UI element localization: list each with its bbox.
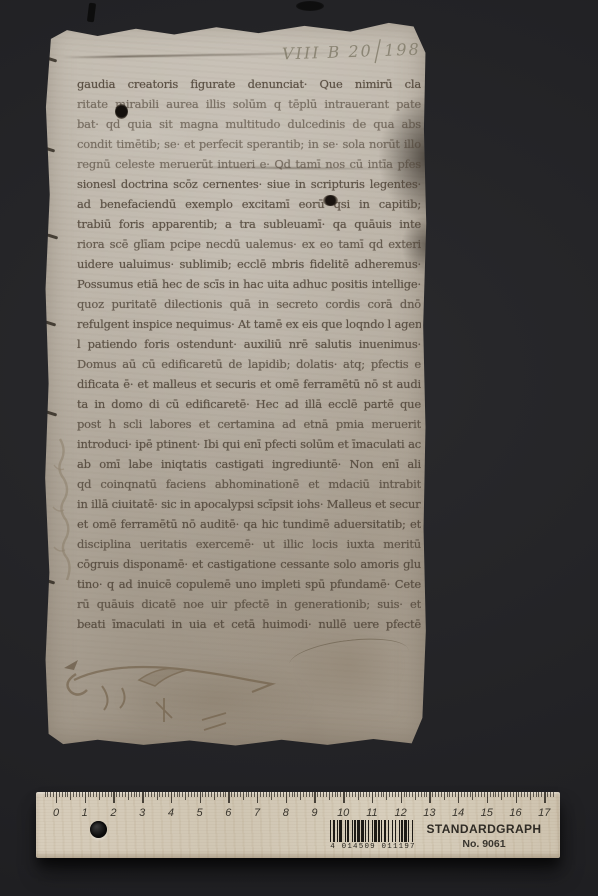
ruler-tick [151, 792, 152, 797]
ruler-tick [269, 792, 270, 797]
ruler-tick [90, 792, 91, 797]
ruler-tick [538, 792, 539, 797]
ruler-tick [220, 792, 221, 797]
ruler-tick [329, 792, 330, 800]
ruler-tick [306, 792, 307, 797]
ruler-tick [438, 792, 439, 797]
ruler-tick [231, 792, 232, 797]
manuscript-line: uidere ualuimus· sublimib; ecclē mbris f… [77, 254, 421, 274]
ruler-tick [467, 792, 468, 797]
ruler-number: 7 [254, 807, 260, 819]
ruler-tick [541, 792, 542, 797]
mount-smudge [296, 1, 324, 11]
ruler-tick [139, 792, 140, 797]
ruler-tick [510, 792, 511, 797]
manuscript-line: qd coinqnatū faciens abhominationē et md… [77, 474, 421, 494]
ruler-numbers: 01234567891011121314151617 [36, 807, 560, 821]
ruler-tick [317, 792, 318, 797]
ruler-tick [96, 792, 97, 797]
ruler-tick [289, 792, 290, 797]
ruler-tick [197, 792, 198, 797]
ruler-tick [340, 792, 341, 797]
ruler-tick [185, 792, 186, 800]
marginal-inscription [50, 435, 72, 585]
ruler-tick [53, 792, 54, 797]
ruler-tick [277, 792, 278, 797]
ruler-number: 11 [366, 807, 377, 819]
ruler-tick [475, 792, 476, 797]
ruler-tick [332, 792, 333, 797]
ruler-tick [521, 792, 522, 797]
ruler-tick [300, 792, 301, 800]
ruler-tick [513, 792, 514, 797]
ruler-tick [326, 792, 327, 797]
ruler-tick [472, 792, 473, 800]
ruler-tick [335, 792, 336, 797]
ruler-tick [266, 792, 267, 797]
ruler-tick [320, 792, 321, 797]
manuscript-line: tino· q ad inuicē copulemē uno impleti s… [77, 574, 421, 594]
manuscript-line: trabiū foris apparentib; a tra subleuamī… [77, 214, 421, 234]
ruler-tick [297, 792, 298, 797]
manuscript-line: ab omī labe iniqtatis castigati ingrediu… [77, 454, 421, 474]
ruler-number: 1 [82, 807, 88, 819]
ruler-tick [455, 792, 456, 797]
ruler-tick [372, 792, 373, 803]
ruler-ticks [36, 792, 560, 806]
ruler-tick [79, 792, 80, 797]
manuscript-line: et omē ferramētū nō auditē· qa hic tundi… [77, 514, 421, 534]
manuscript-line: Possumus etiā hec de scīs in hac uita ad… [77, 274, 421, 294]
ruler-tick [553, 792, 554, 797]
manuscript-line: dificata ē· et malleus et securis et omē… [77, 374, 421, 394]
ruler-tick [533, 792, 534, 797]
ruler-hole [90, 821, 107, 838]
ruler-tick [47, 792, 48, 797]
ruler-tick [360, 792, 361, 797]
ruler-tick [225, 792, 226, 797]
ruler-tick [260, 792, 261, 797]
barcode-digits: 4 014509 011197 [330, 843, 416, 851]
ruler-tick [421, 792, 422, 797]
ruler-tick [441, 792, 442, 797]
ruler-tick [530, 792, 531, 800]
ruler-tick [352, 792, 353, 797]
ruler-tick [174, 792, 175, 797]
ruler-tick [412, 792, 413, 797]
ruler-tick [527, 792, 528, 797]
ruler-tick [435, 792, 436, 797]
barcode-gap [413, 820, 414, 842]
shelfmark-slash: / [374, 32, 383, 70]
manuscript-line: ta in domo di cū edificaretē· Hec ad ill… [77, 394, 421, 414]
sewing-hole [45, 320, 56, 326]
ruler-tick [111, 792, 112, 797]
ruler-tick [292, 792, 293, 797]
ruler-tick [516, 792, 517, 803]
ruler-number: 16 [509, 807, 521, 819]
manuscript-line: gaudia creatoris figurate denunciat· Que… [77, 74, 421, 94]
ruler-tick [188, 792, 189, 797]
manuscript-line: sionesl doctrina scōz cernentes· siue in… [77, 174, 421, 194]
ruler-tick [498, 792, 499, 797]
ruler-tick [355, 792, 356, 797]
manuscript-line: riora scē glīam pcipe necdū ualemus· ex … [77, 234, 421, 254]
ruler-tick [381, 792, 382, 797]
ruler-tick [461, 792, 462, 797]
ruler-tick [495, 792, 496, 797]
ruler-tick [182, 792, 183, 797]
ruler-tick [142, 792, 143, 803]
manuscript-line: cōgruis disponamē· et castigatione cessa… [77, 554, 421, 574]
ruler-tick [62, 792, 63, 797]
ruler-tick [386, 792, 387, 800]
manuscript-line: ad benefaciendū exemplo excitamī eorū qs… [77, 194, 421, 214]
ruler-tick [251, 792, 252, 797]
ruler-tick [550, 792, 551, 797]
ruler-tick [487, 792, 488, 803]
manuscript-line: Domus aū cū edificaretū de lapidib; dola… [77, 354, 421, 374]
ruler-tick [254, 792, 255, 797]
ruler-number: 4 [168, 807, 174, 819]
ruler-tick [50, 792, 51, 797]
ruler-tick [490, 792, 491, 797]
ruler-tick [481, 792, 482, 797]
ruler-tick [504, 792, 505, 797]
ruler-tick [389, 792, 390, 797]
ruler-tick [383, 792, 384, 797]
ruler-tick [208, 792, 209, 797]
ruler-tick [88, 792, 89, 797]
ruler-tick [131, 792, 132, 797]
ruler-tick [398, 792, 399, 797]
ruler-tick [45, 792, 46, 797]
ruler-tick [283, 792, 284, 797]
ruler-tick [358, 792, 359, 800]
ruler-tick [349, 792, 350, 797]
ruler-tick [67, 792, 68, 797]
manuscript-line: regnū celeste meruerūt intueri e· Qd tam… [77, 154, 421, 174]
ruler-tick [464, 792, 465, 797]
ruler-number: 9 [311, 807, 317, 819]
ruler-tick [116, 792, 117, 797]
barcode-bars [330, 820, 416, 842]
ruler-tick [56, 792, 57, 803]
ruler-tick [447, 792, 448, 797]
ruler-tick [165, 792, 166, 797]
ruler-tick [426, 792, 427, 797]
ruler-number: 15 [481, 807, 493, 819]
ruler-tick [424, 792, 425, 797]
ruler-tick [415, 792, 416, 800]
sewing-hole [44, 146, 55, 152]
ruler-tick [406, 792, 407, 797]
ruler: 01234567891011121314151617 4 014509 0111… [36, 792, 560, 858]
ruler-tick [211, 792, 212, 797]
ruler-brand-block: STANDARDGRAPH No. 9061 [422, 822, 546, 850]
ruler-tick [177, 792, 178, 797]
manuscript-line: ritate mirabili aurea illis solūm q tēpl… [77, 94, 421, 114]
ruler-tick [168, 792, 169, 797]
ruler-tick [234, 792, 235, 797]
ruler-tick [395, 792, 396, 797]
ruler-tick [76, 792, 77, 797]
manuscript-photograph: VIII B 20/198 gaudia creatoris figurate … [0, 0, 598, 896]
ruler-tick [105, 792, 106, 797]
ruler-tick [507, 792, 508, 797]
manuscript-line: introduci· ipē ptinent· Ibi qui enī pfec… [77, 434, 421, 454]
manuscript-line: l patiendo foris ostendunt· auxiliū nrē … [77, 334, 421, 354]
ruler-tick [478, 792, 479, 797]
ruler-tick [547, 792, 548, 797]
ruler-tick [237, 792, 238, 797]
ruler-number: 2 [110, 807, 116, 819]
ruler-tick [99, 792, 100, 800]
ruler-tick [228, 792, 229, 803]
ruler-tick [314, 792, 315, 803]
manuscript-text-block: gaudia creatoris figurate denunciat· Que… [77, 74, 421, 634]
ruler-tick [217, 792, 218, 797]
ruler-tick [323, 792, 324, 797]
ruler-tick [444, 792, 445, 800]
ruler-tick [418, 792, 419, 797]
marginal-drawing-dragon [44, 628, 314, 748]
ruler-tick [171, 792, 172, 803]
ruler-tick [128, 792, 129, 800]
ruler-number: 17 [538, 807, 550, 819]
ruler-tick [452, 792, 453, 797]
mount-clip-icon [87, 3, 96, 23]
ruler-tick [274, 792, 275, 797]
ruler-tick [286, 792, 287, 803]
ruler-tick [369, 792, 370, 797]
ruler-tick [159, 792, 160, 797]
ruler-tick [343, 792, 344, 803]
ruler-tick [432, 792, 433, 797]
sewing-hole [46, 56, 57, 62]
manuscript-line: condit timētib; se· et perfecit speranti… [77, 134, 421, 154]
ruler-tick [470, 792, 471, 797]
manuscript-line: rū quāuis dicatē noe uir pfectē in gener… [77, 594, 421, 614]
ruler-number: 0 [53, 807, 59, 819]
parchment-hole [115, 104, 128, 119]
ruler-tick [205, 792, 206, 797]
ruler-tick [312, 792, 313, 797]
ruler-tick [162, 792, 163, 797]
ruler-tick [449, 792, 450, 797]
ruler-tick [337, 792, 338, 797]
ruler-tick [202, 792, 203, 797]
ruler-tick [429, 792, 430, 803]
ruler-tick [375, 792, 376, 797]
ruler-tick [271, 792, 272, 800]
manuscript-line: post h scli labores et certamina ad etnā… [77, 414, 421, 434]
ruler-tick [518, 792, 519, 797]
ruler-tick [82, 792, 83, 797]
manuscript-line: bat· qd quia sit magna multitudo dulcedi… [77, 114, 421, 134]
ruler-tick [65, 792, 66, 797]
ruler-tick [363, 792, 364, 797]
shelfmark-number: 198 [384, 40, 421, 60]
ruler-tick [243, 792, 244, 800]
ruler-number: 14 [452, 807, 464, 819]
ruler-tick [93, 792, 94, 797]
ruler-tick [484, 792, 485, 797]
ruler-number: 12 [395, 807, 407, 819]
ruler-tick [134, 792, 135, 797]
ruler-tick [524, 792, 525, 797]
ruler-tick [125, 792, 126, 797]
ruler-number: 6 [225, 807, 231, 819]
ruler-tick [85, 792, 86, 803]
ruler-tick [73, 792, 74, 797]
ruler-tick [294, 792, 295, 797]
ruler-tick [257, 792, 258, 803]
ruler-tick [366, 792, 367, 797]
ruler-tick [136, 792, 137, 797]
ruler-tick [148, 792, 149, 797]
shelfmark: VIII B 20/198 [282, 40, 421, 64]
ruler-number: 13 [423, 807, 435, 819]
ruler-tick [200, 792, 201, 803]
ruler-tick [194, 792, 195, 797]
ruler-tick [119, 792, 120, 797]
ruler-number: 5 [197, 807, 203, 819]
manuscript-page: VIII B 20/198 gaudia creatoris figurate … [44, 20, 427, 747]
manuscript-line: in illā ciuitatē· sic in apocalypsi scīp… [77, 494, 421, 514]
ruler-tick [404, 792, 405, 797]
ruler-tick [493, 792, 494, 797]
ruler-brand: STANDARDGRAPH [422, 822, 546, 836]
ruler-tick [392, 792, 393, 797]
ruler-tick [214, 792, 215, 800]
ruler-tick [346, 792, 347, 797]
ruler-tick [501, 792, 502, 800]
sewing-hole [46, 410, 57, 416]
parchment-hole [323, 195, 338, 206]
ruler-tick [544, 792, 545, 803]
ruler-tick [263, 792, 264, 797]
ruler-tick [191, 792, 192, 797]
barcode: 4 014509 011197 [330, 820, 416, 852]
ruler-tick [246, 792, 247, 797]
ruler-number: 3 [139, 807, 145, 819]
ruler-tick [59, 792, 60, 797]
ruler-tick [113, 792, 114, 803]
ruler-number: 8 [283, 807, 289, 819]
ruler-tick [122, 792, 123, 797]
ruler-tick [240, 792, 241, 797]
sewing-hole [47, 233, 58, 239]
ruler-tick [154, 792, 155, 797]
ruler-tick [102, 792, 103, 797]
ruler-tick [409, 792, 410, 797]
ruler-tick [145, 792, 146, 797]
ruler-tick [108, 792, 109, 797]
ruler-tick [179, 792, 180, 797]
ruler-tick [536, 792, 537, 797]
ruler-tick [378, 792, 379, 797]
ruler-tick [280, 792, 281, 797]
ruler-tick [458, 792, 459, 803]
manuscript-line: refulgent inspice nequimus· At tamē ex e… [77, 314, 421, 334]
ruler-tick [401, 792, 402, 803]
manuscript-line: disciplina ueritatis exercemē· ut illic … [77, 534, 421, 554]
shelfmark-collection: VIII B 20 [282, 41, 373, 63]
ruler-tick [303, 792, 304, 797]
ruler-tick [157, 792, 158, 800]
ruler-tick [70, 792, 71, 800]
ruler-model: No. 9061 [422, 838, 546, 850]
ruler-tick [248, 792, 249, 797]
manuscript-line: quoz puritatē dilectionis quā in secreto… [77, 294, 421, 314]
ruler-number: 10 [337, 807, 349, 819]
ruler-tick [223, 792, 224, 797]
ruler-tick [309, 792, 310, 797]
